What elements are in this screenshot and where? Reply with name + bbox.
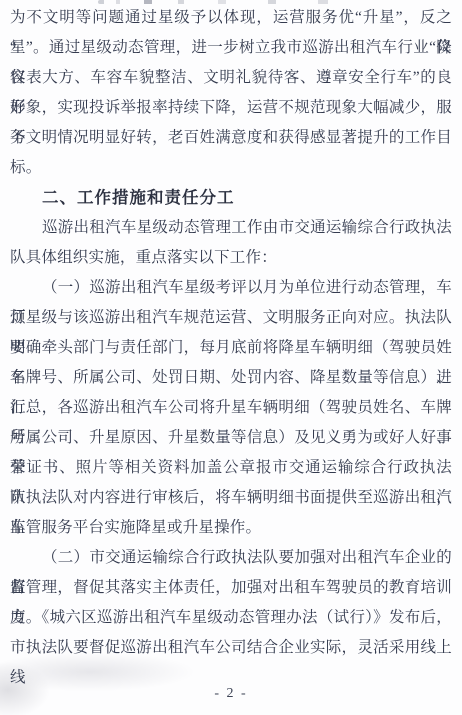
- document-page-background: 为不文明等问题通过星级予以体现，运营服务优“升星”，反之“降星”。通过星级动态管…: [0, 0, 462, 715]
- text-line: 巡游出租汽车星级动态管理工作由市交通运输综合行政执法: [10, 213, 452, 243]
- text-line: 汇总，各巡游出租汽车公司将升星车辆明细（驾驶员姓名、车牌号、: [10, 393, 452, 423]
- text-line: 誉证书、照片等相关资料加盖公章报市交通运输综合行政执法队，: [10, 453, 452, 483]
- text-line: 监管服务平台实施降星或升星操作。: [10, 513, 452, 543]
- text-line: 为不文明等问题通过星级予以体现，运营服务优“升星”，反之“降: [10, 3, 452, 33]
- text-line: （一）巡游出租汽车星级考评以月为单位进行动态管理，车顶: [10, 273, 452, 303]
- document-body: 为不文明等问题通过星级予以体现，运营服务优“升星”，反之“降星”。通过星级动态管…: [10, 3, 452, 663]
- text-line: 度。《城六区巡游出租汽车星级动态管理办法（试行）》发布后，: [10, 603, 452, 633]
- text-line: 形象，实现投诉举报率持续下降，运营不规范现象大幅减少，服务: [10, 93, 452, 123]
- scanned-document-page: { "colors": { "paper": "#fdfdfe", "body_…: [0, 0, 462, 715]
- section-heading: 二、工作措施和责任分工: [10, 183, 452, 213]
- text-line: 市执法队对内容进行审核后，将车辆明细书面提供至巡游出租汽车: [10, 483, 452, 513]
- text-line: 明确牵头部门与责任部门，每月底前将降星车辆明细（驾驶员姓名、: [10, 333, 452, 363]
- text-line: 不文明情况明显好转，老百姓满意度和获得感显著提升的工作目: [10, 123, 452, 153]
- text-line: 灯星级与该巡游出租汽车规范运营、文明服务正向对应。执法队要: [10, 303, 452, 333]
- page-number: - 2 -: [0, 686, 462, 702]
- text-line: 队具体组织实施，重点落实以下工作：: [10, 243, 452, 273]
- text-line: 车牌号、所属公司、处罚日期、处罚内容、降星数量等信息）进行: [10, 363, 452, 393]
- text-line: 标。: [10, 153, 452, 183]
- text-line: 督管理，督促其落实主体责任，加强对出租车驾驶员的教育培训力: [10, 573, 452, 603]
- text-line: 星”。通过星级动态管理，进一步树立我市巡游出租汽车行业“仪容: [10, 33, 452, 63]
- text-line: 市执法队要督促巡游出租汽车公司结合企业实际，灵活采用线上线: [10, 633, 452, 663]
- text-line: 仪表大方、车容车貌整洁、文明礼貌待客、遵章安全行车”的良好: [10, 63, 452, 93]
- text-line: （二）市交通运输综合行政执法队要加强对出租汽车企业的监: [10, 543, 452, 573]
- text-line: 所属公司、升星原因、升星数量等信息）及见义勇为或好人好事荣: [10, 423, 452, 453]
